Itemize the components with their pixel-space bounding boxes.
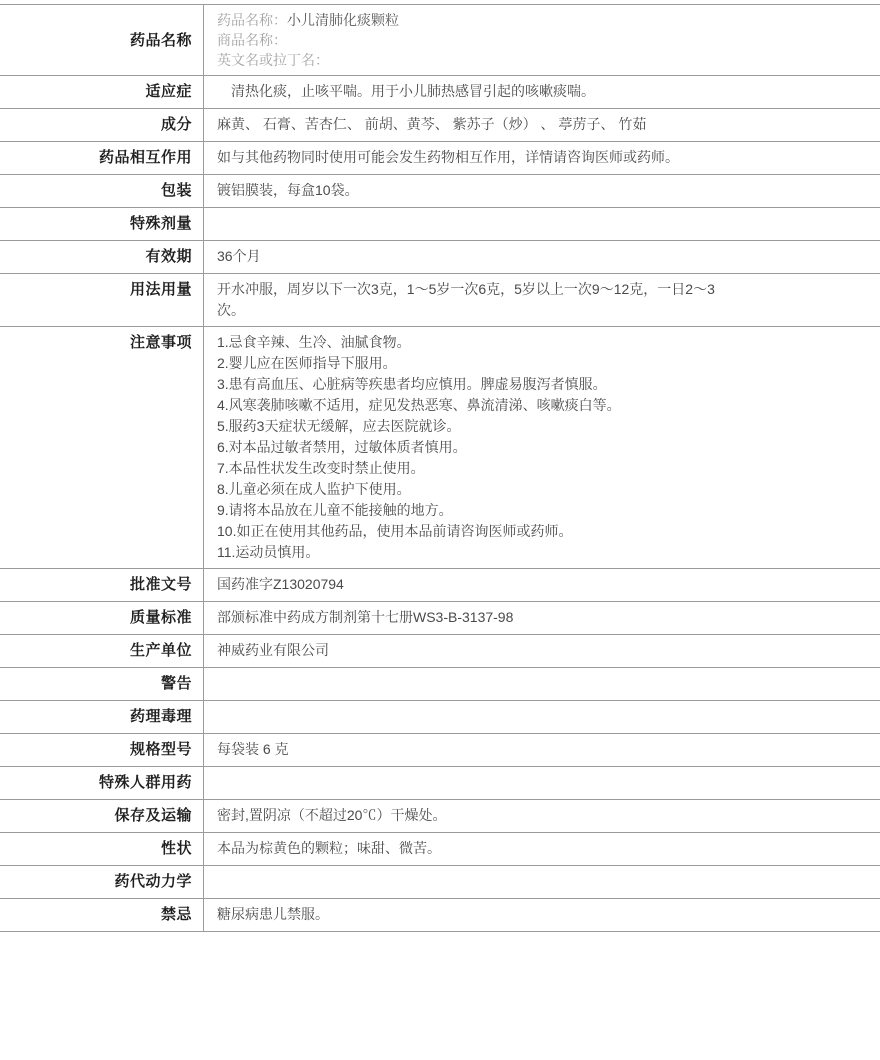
row-label-cell: 药品相互作用 — [0, 142, 204, 174]
table-row: 保存及运输 密封,置阴凉（不超过20℃）干燥处。 — [0, 800, 880, 833]
row-label-cell: 药代动力学 — [0, 866, 204, 898]
table-row: 批准文号 国药准字Z13020794 — [0, 569, 880, 602]
note-line: 5.服药3天症状无缓解，应去医院就诊。 — [217, 416, 732, 437]
table-row: 特殊人群用药 — [0, 767, 880, 800]
row-value: 密封,置阴凉（不超过20℃）干燥处。 — [217, 805, 732, 826]
row-label-cell: 性状 — [0, 833, 204, 865]
row-value-cell — [204, 767, 880, 799]
row-value: 本品为棕黄色的颗粒；味甜、微苦。 — [217, 838, 732, 859]
row-label: 批准文号 — [130, 576, 192, 593]
row-value-cell: 神威药业有限公司 — [204, 635, 880, 667]
field-label: 商品名称： — [217, 32, 287, 48]
drug-name-line: 英文名或拉丁名： — [217, 50, 868, 70]
table-row: 注意事项 1.忌食辛辣、生冷、油腻食物。2.婴儿应在医师指导下服用。3.患有高血… — [0, 327, 880, 569]
row-value: 糖尿病患儿禁服。 — [217, 904, 732, 925]
row-label-cell: 药理毒理 — [0, 701, 204, 733]
row-value-cell: 本品为棕黄色的颗粒；味甜、微苦。 — [204, 833, 880, 865]
table-row: 性状 本品为棕黄色的颗粒；味甜、微苦。 — [0, 833, 880, 866]
row-value: 36个月 — [217, 246, 732, 267]
row-label: 警告 — [161, 675, 192, 692]
row-label: 质量标准 — [130, 609, 192, 626]
row-label-cell: 规格型号 — [0, 734, 204, 766]
row-value-cell: 药品名称：小儿清肺化痰颗粒商品名称：英文名或拉丁名： — [204, 5, 880, 75]
table-row: 药品相互作用 如与其他药物同时使用可能会发生药物相互作用，详情请咨询医师或药师。 — [0, 142, 880, 175]
row-label-cell: 警告 — [0, 668, 204, 700]
field-label: 药品名称： — [217, 12, 287, 28]
field-label: 英文名或拉丁名： — [217, 52, 329, 68]
row-label-cell: 特殊人群用药 — [0, 767, 204, 799]
row-value: 如与其他药物同时使用可能会发生药物相互作用，详情请咨询医师或药师。 — [217, 147, 732, 168]
row-value-cell: 部颁标准中药成方制剂第十七册WS3-B-3137-98 — [204, 602, 880, 634]
row-value-cell — [204, 701, 880, 733]
note-line: 11.运动员慎用。 — [217, 542, 732, 563]
row-value: 麻黄、 石膏、苦杏仁、 前胡、黄芩、 紫苏子（炒） 、 葶苈子、 竹茹 — [217, 114, 732, 135]
row-label: 特殊人群用药 — [99, 774, 192, 791]
note-line: 6.对本品过敏者禁用，过敏体质者慎用。 — [217, 437, 732, 458]
drug-name-line: 商品名称： — [217, 30, 868, 50]
row-value-cell: 麻黄、 石膏、苦杏仁、 前胡、黄芩、 紫苏子（炒） 、 葶苈子、 竹茹 — [204, 109, 880, 141]
row-label: 药品相互作用 — [99, 149, 192, 166]
row-label: 成分 — [161, 116, 192, 133]
row-label: 药理毒理 — [130, 708, 192, 725]
table-row: 用法用量 开水冲服，周岁以下一次3克，1～5岁一次6克，5岁以上一次9～12克，… — [0, 274, 880, 327]
row-value-cell: 如与其他药物同时使用可能会发生药物相互作用，详情请咨询医师或药师。 — [204, 142, 880, 174]
row-value-cell — [204, 208, 880, 240]
note-line: 7.本品性状发生改变时禁止使用。 — [217, 458, 732, 479]
row-value-cell: 糖尿病患儿禁服。 — [204, 899, 880, 931]
row-value-cell: 每袋装 6 克 — [204, 734, 880, 766]
row-label-cell: 适应症 — [0, 76, 204, 108]
table-row: 药理毒理 — [0, 701, 880, 734]
table-row: 成分 麻黄、 石膏、苦杏仁、 前胡、黄芩、 紫苏子（炒） 、 葶苈子、 竹茹 — [0, 109, 880, 142]
row-value: 部颁标准中药成方制剂第十七册WS3-B-3137-98 — [217, 607, 732, 628]
row-value: 神威药业有限公司 — [217, 640, 732, 661]
drug-name-line: 药品名称：小儿清肺化痰颗粒 — [217, 10, 868, 30]
row-label-cell: 用法用量 — [0, 274, 204, 326]
table-row: 规格型号 每袋装 6 克 — [0, 734, 880, 767]
table-row: 药代动力学 — [0, 866, 880, 899]
table-row: 有效期 36个月 — [0, 241, 880, 274]
row-label: 药品名称 — [130, 30, 192, 51]
note-line: 1.忌食辛辣、生冷、油腻食物。 — [217, 332, 732, 353]
row-value-cell — [204, 668, 880, 700]
row-label: 特殊剂量 — [130, 215, 192, 232]
row-value: 清热化痰，止咳平喘。用于小儿肺热感冒引起的咳嗽痰喘。 — [217, 81, 732, 102]
row-label-cell: 生产单位 — [0, 635, 204, 667]
row-label-cell: 成分 — [0, 109, 204, 141]
table-row: 禁忌 糖尿病患儿禁服。 — [0, 899, 880, 932]
table-row: 适应症 清热化痰，止咳平喘。用于小儿肺热感冒引起的咳嗽痰喘。 — [0, 76, 880, 109]
row-value: 每袋装 6 克 — [217, 739, 732, 760]
table-row: 药品名称 药品名称：小儿清肺化痰颗粒商品名称：英文名或拉丁名： — [0, 5, 880, 76]
row-label-cell: 有效期 — [0, 241, 204, 273]
row-label: 生产单位 — [130, 642, 192, 659]
table-row: 生产单位 神威药业有限公司 — [0, 635, 880, 668]
row-value-cell: 36个月 — [204, 241, 880, 273]
row-label: 包装 — [161, 182, 192, 199]
row-value: 开水冲服，周岁以下一次3克，1～5岁一次6克，5岁以上一次9～12克，一日2～3… — [217, 279, 732, 321]
row-value-cell: 1.忌食辛辣、生冷、油腻食物。2.婴儿应在医师指导下服用。3.患有高血压、心脏病… — [204, 327, 880, 568]
row-label-cell: 质量标准 — [0, 602, 204, 634]
row-label: 有效期 — [145, 248, 192, 265]
note-line: 8.儿童必须在成人监护下使用。 — [217, 479, 732, 500]
row-value-cell: 开水冲服，周岁以下一次3克，1～5岁一次6克，5岁以上一次9～12克，一日2～3… — [204, 274, 880, 326]
table-row: 警告 — [0, 668, 880, 701]
row-label-cell: 批准文号 — [0, 569, 204, 601]
row-value-cell: 清热化痰，止咳平喘。用于小儿肺热感冒引起的咳嗽痰喘。 — [204, 76, 880, 108]
drug-info-table: 药品名称 药品名称：小儿清肺化痰颗粒商品名称：英文名或拉丁名： 适应症 清热化痰… — [0, 4, 880, 932]
row-value-cell: 镀铝膜装，每盒10袋。 — [204, 175, 880, 207]
row-label-cell: 特殊剂量 — [0, 208, 204, 240]
row-label: 保存及运输 — [114, 807, 192, 824]
row-value: 国药准字Z13020794 — [217, 574, 732, 595]
row-value: 镀铝膜装，每盒10袋。 — [217, 180, 732, 201]
row-label-cell: 保存及运输 — [0, 800, 204, 832]
table-row: 包装 镀铝膜装，每盒10袋。 — [0, 175, 880, 208]
row-value-cell — [204, 866, 880, 898]
row-value-cell: 国药准字Z13020794 — [204, 569, 880, 601]
table-row: 特殊剂量 — [0, 208, 880, 241]
field-value: 小儿清肺化痰颗粒 — [287, 12, 399, 28]
note-line: 9.请将本品放在儿童不能接触的地方。 — [217, 500, 732, 521]
row-label-cell: 注意事项 — [0, 327, 204, 568]
row-value-cell: 密封,置阴凉（不超过20℃）干燥处。 — [204, 800, 880, 832]
row-label: 药代动力学 — [114, 873, 192, 890]
row-label-cell: 禁忌 — [0, 899, 204, 931]
row-label: 禁忌 — [161, 906, 192, 923]
note-line: 10.如正在使用其他药品，使用本品前请咨询医师或药师。 — [217, 521, 732, 542]
row-label: 规格型号 — [130, 741, 192, 758]
row-label: 适应症 — [145, 83, 192, 100]
table-row: 质量标准 部颁标准中药成方制剂第十七册WS3-B-3137-98 — [0, 602, 880, 635]
row-label: 用法用量 — [130, 281, 192, 298]
note-line: 2.婴儿应在医师指导下服用。 — [217, 353, 732, 374]
row-label-cell: 包装 — [0, 175, 204, 207]
row-label: 性状 — [161, 840, 192, 857]
row-label: 注意事项 — [130, 334, 192, 351]
row-label-cell: 药品名称 — [0, 5, 204, 75]
note-line: 3.患有高血压、心脏病等疾患者均应慎用。脾虚易腹泻者慎服。 — [217, 374, 732, 395]
note-line: 4.风寒袭肺咳嗽不适用，症见发热恶寒、鼻流清涕、咳嗽痰白等。 — [217, 395, 732, 416]
